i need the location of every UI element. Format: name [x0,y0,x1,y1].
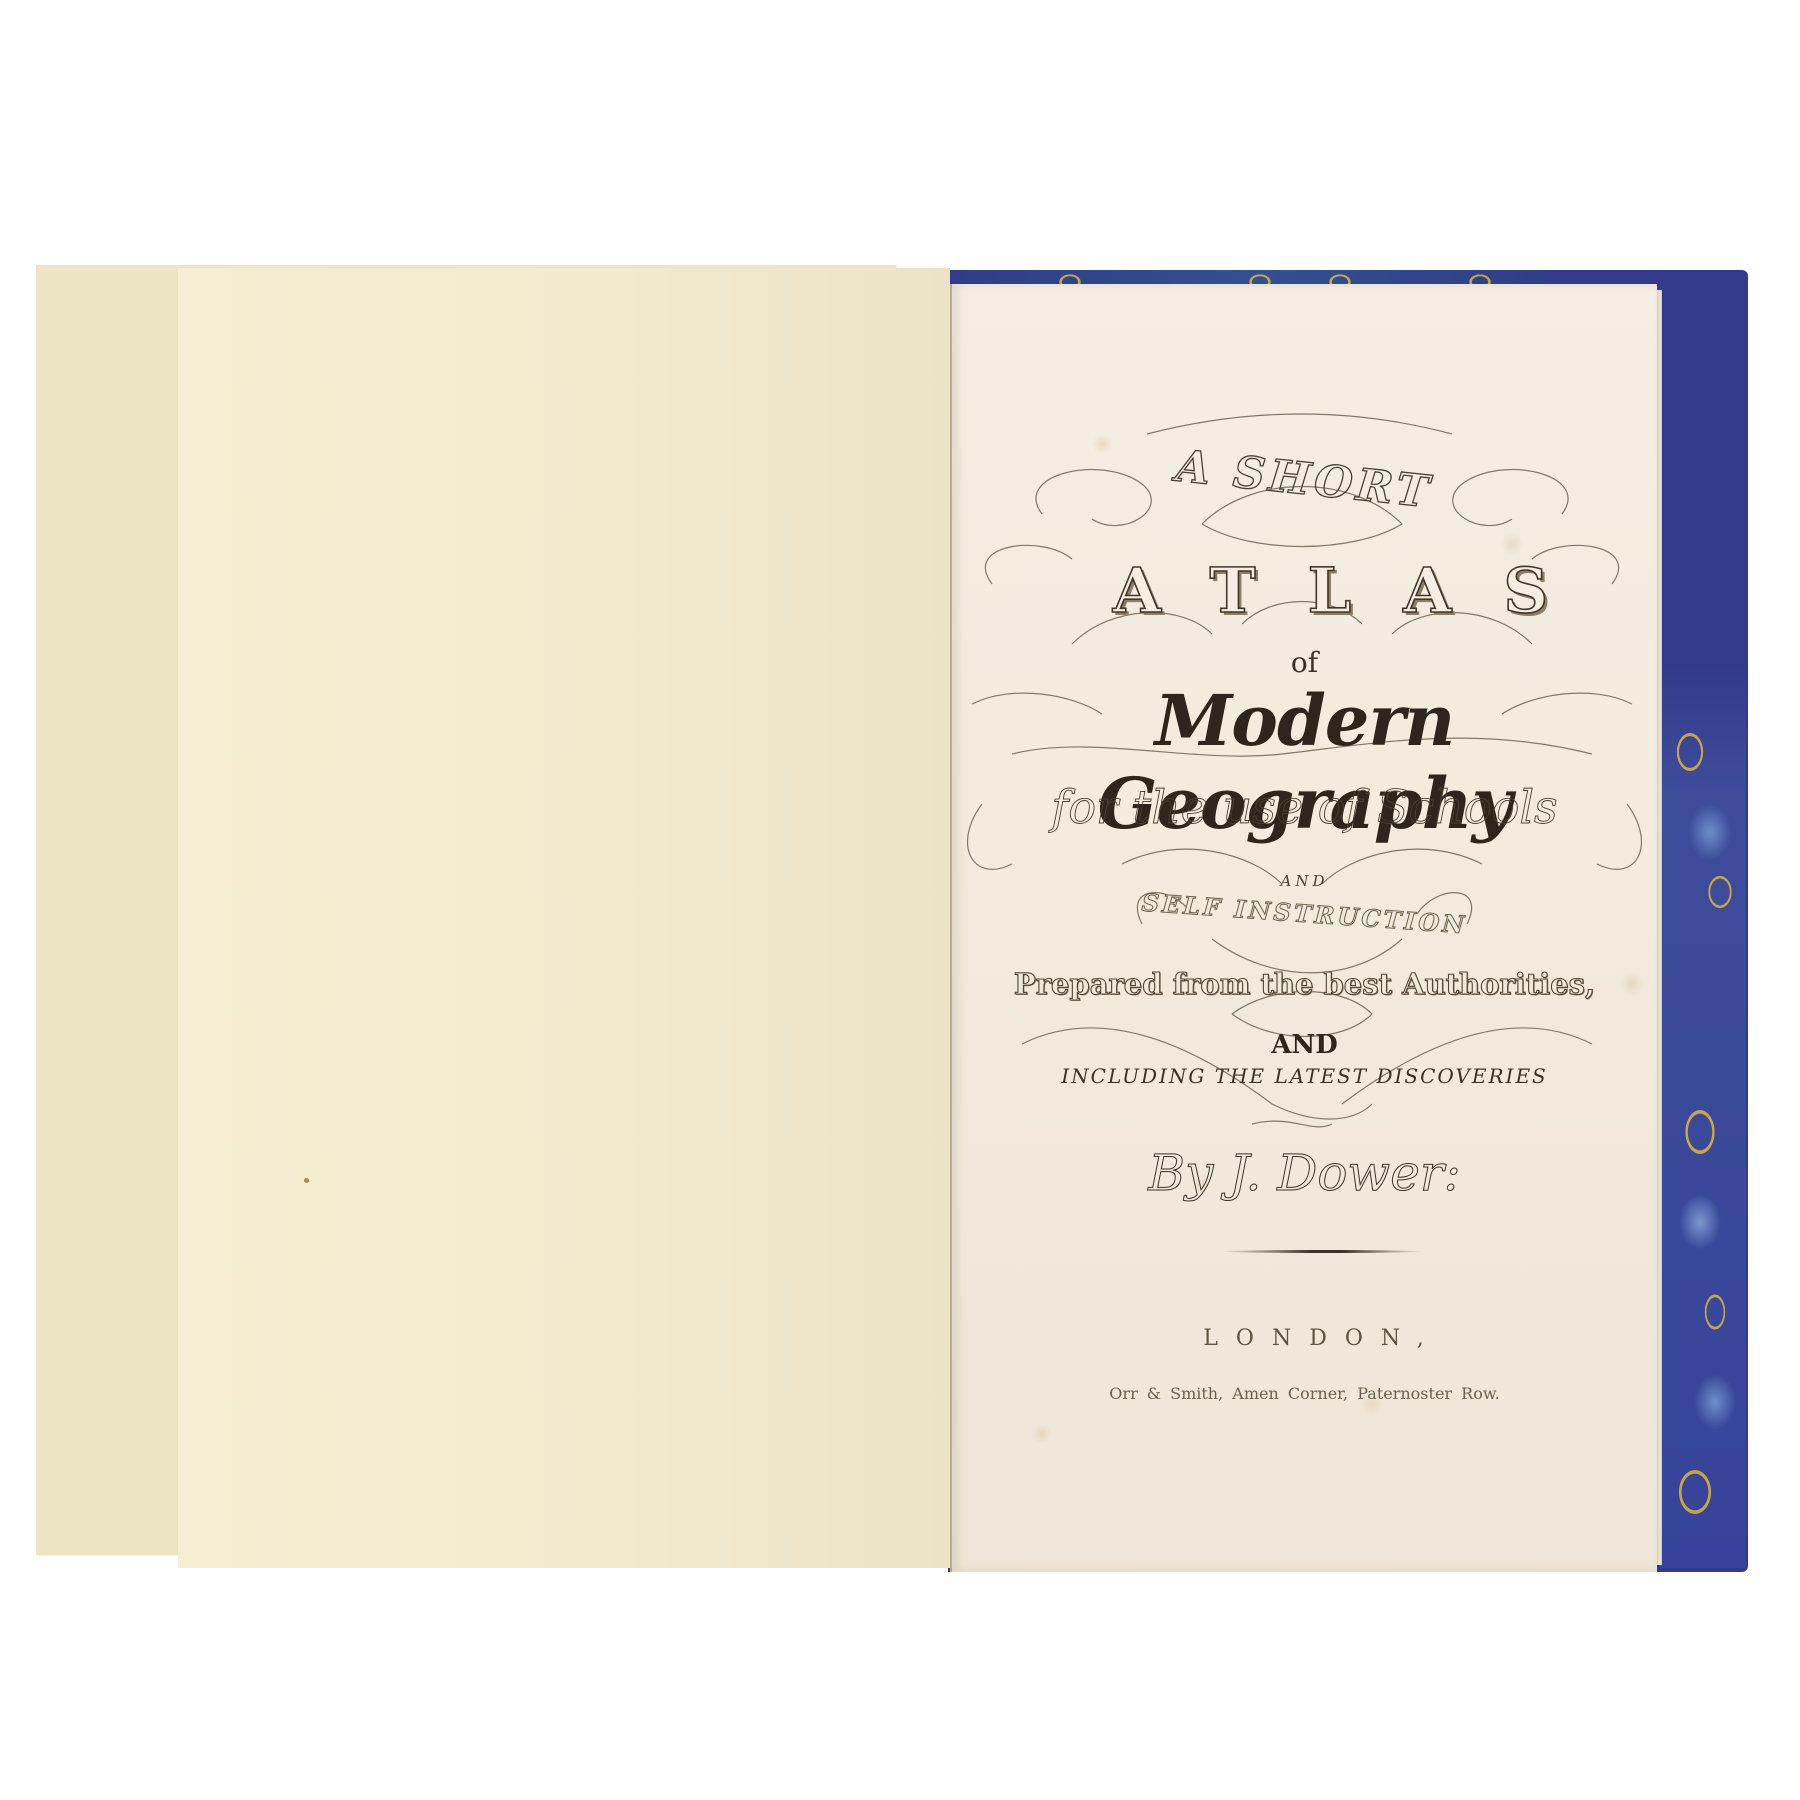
title-line-atlas: ATLAS [952,554,1709,627]
imprint-publisher: Orr & Smith, Amen Corner, Paternoster Ro… [952,1384,1657,1403]
marbled-endpaper-top [960,270,1550,284]
title-line-including: INCLUDING THE LATEST DISCOVERIES [952,1064,1657,1088]
title-line-of: of [952,646,1657,679]
imprint-city: LONDON, [952,1326,1675,1351]
title-line-for-use-of-schools: for the use of Schools [952,780,1657,834]
title-page[interactable]: A SHORT ATLAS of Modern Geography for th… [950,284,1657,1572]
foxing-spot [304,1178,309,1183]
title-line-a-short: A SHORT [951,417,1657,541]
title-line-and-gothic: AND [952,1030,1657,1060]
marbled-endpaper-edge [1660,272,1746,1568]
title-line-prepared: Prepared from the best Authorities, [952,967,1657,1001]
blank-flyleaf-front[interactable] [178,268,950,1568]
author-line: By J. Dower: [952,1144,1657,1202]
divider-rule [1222,1250,1422,1253]
